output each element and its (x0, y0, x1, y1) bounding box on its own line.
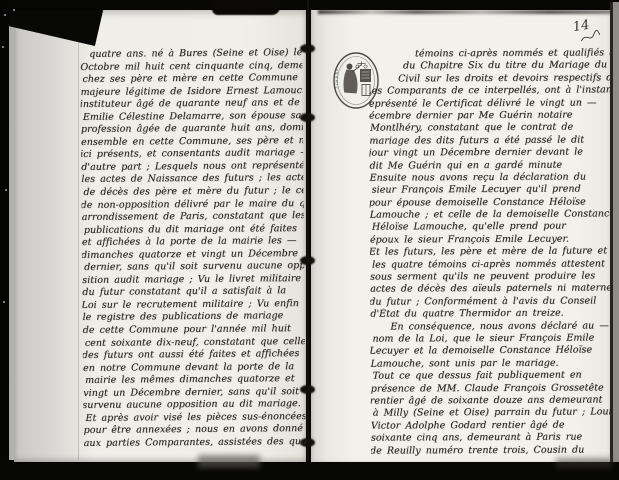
dust-speck (13, 9, 15, 11)
manuscript-line: Lecuyer et la demoiselle Constance Héloï… (369, 345, 613, 359)
manuscript-line: Et les futurs, les père et mère de la fu… (369, 246, 613, 260)
dust-speck (3, 301, 5, 303)
manuscript-line: En conséquence, nous avons déclaré au — (390, 320, 613, 334)
manuscript-line: à Milly (Seine et Oise) parrain du futur… (373, 407, 614, 421)
right-scan-gutter (613, 2, 619, 462)
manuscript-line: soixante cinq ans, demeurant à Paris rue (371, 431, 614, 445)
right-page-top-smudge (318, 10, 615, 14)
manuscript-line: de Reuilly numéro trente trois, Cousin d… (370, 444, 614, 458)
manuscript-line: Lamouche ; et celle de la demoiselle Con… (370, 208, 613, 222)
dust-speck (2, 46, 4, 48)
document-scan: TIMBRE 14 quatre ans. né à Bures (Seine … (0, 0, 619, 480)
manuscript-line: quatre ans. né à Bures (Seine et Oise) l… (89, 47, 302, 61)
bottom-smudge (198, 455, 260, 468)
manuscript-line: jour vingt un Décembre dernier devant le (369, 146, 613, 160)
left-page-text: quatre ans. né à Bures (Seine et Oise) l… (80, 47, 306, 457)
dust-speck (4, 14, 6, 16)
manuscript-line: représenté le Certificat délivré le ving… (369, 97, 612, 111)
manuscript-line: sieur François Emile Lecuyer qu'il prend (372, 184, 613, 198)
manuscript-line: du futur ; Conformément à l'avis du Cons… (369, 295, 613, 309)
manuscript-line: témoins ci-après nommés et qualifiés ain… (415, 47, 612, 60)
folio-number: 14 (572, 18, 591, 36)
right-page-text: témoins ci-après nommés et qualifiés ain… (369, 47, 614, 460)
binding-thread (307, 0, 309, 466)
manuscript-line: Les Comparants de ce interpellés, ont à … (369, 85, 612, 99)
manuscript-line: actes de décès des aïeuls paternels ni m… (370, 283, 613, 297)
bottom-corner-smudge (556, 458, 612, 468)
manuscript-line: du Chapitre Six du titre du Mariage du C… (403, 60, 612, 73)
manuscript-line: présence de MM. Claude François Grossetê… (371, 382, 614, 396)
left-page-crease (78, 12, 79, 460)
manuscript-line: aux parties Comparantes, assistées des q… (84, 436, 306, 450)
manuscript-line: Civil sur les droits et devoirs respecti… (398, 72, 612, 86)
stamp-edge-text: TIMBRE (335, 67, 339, 89)
dust-speck (5, 189, 7, 191)
left-scan-edge (0, 0, 9, 480)
bottom-scan-edge (0, 462, 619, 480)
folio-mark: 14 (572, 18, 602, 46)
manuscript-line: Tout ce que dessus fait publiquement en (373, 370, 614, 384)
top-edge-smudge (212, 0, 280, 15)
